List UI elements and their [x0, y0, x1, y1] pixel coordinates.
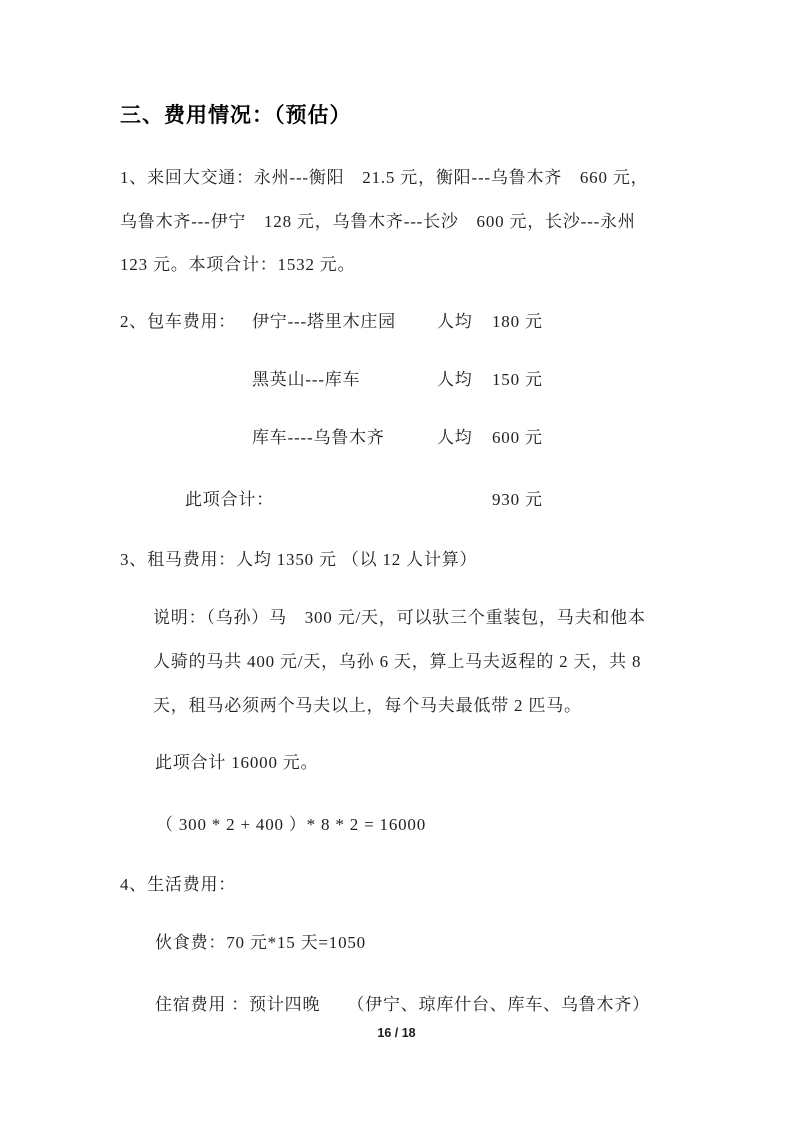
- charter-subtotal-label: 此项合计：: [185, 488, 274, 512]
- horse-note-line-2: 人骑的马共 400 元/天，乌孙 6 天，算上马夫返程的 2 天，共 8: [153, 650, 641, 674]
- charter-unit: 人均: [437, 426, 473, 450]
- charter-label: 2、包车费用：: [120, 310, 236, 334]
- charter-price: 150 元: [492, 368, 543, 392]
- charter-route: 黑英山---库车: [252, 368, 360, 392]
- transport-line-2: 乌鲁木齐---伊宁 128 元，乌鲁木齐---长沙 600 元，长沙---永州: [120, 210, 636, 234]
- living-food: 伙食费：70 元*15 天=1050: [155, 931, 366, 955]
- page-number: 16 / 18: [0, 1026, 793, 1040]
- charter-price: 180 元: [492, 310, 543, 334]
- charter-price: 600 元: [492, 426, 543, 450]
- charter-subtotal-row: 此项合计： 930 元: [0, 488, 793, 512]
- transport-line-1: 1、来回大交通：永州---衡阳 21.5 元，衡阳---乌鲁木齐 660 元，: [120, 166, 648, 190]
- horse-note-line-1: 说明：（乌孙）马 300 元/天，可以驮三个重装包，马夫和他本: [153, 606, 646, 630]
- charter-unit: 人均: [437, 368, 473, 392]
- charter-subtotal-value: 930 元: [492, 488, 543, 512]
- horse-formula: （ 300 * 2 + 400 ）* 8 * 2 = 16000: [156, 813, 426, 837]
- charter-row: 2、包车费用： 伊宁---塔里木庄园 人均 180 元: [0, 310, 793, 334]
- charter-route: 库车----乌鲁木齐: [252, 426, 385, 450]
- section-heading: 三、费用情况：（预估）: [120, 99, 352, 129]
- charter-route: 伊宁---塔里木庄园: [252, 310, 396, 334]
- horse-note-line-3: 天，租马必须两个马夫以上，每个马夫最低带 2 匹马。: [153, 694, 582, 718]
- charter-row: 黑英山---库车 人均 150 元: [0, 368, 793, 392]
- horse-subtotal: 此项合计 16000 元。: [155, 751, 318, 775]
- horse-rental-title: 3、租马费用：人均 1350 元 （以 12 人计算）: [120, 548, 477, 572]
- living-lodging: 住宿费用 ：预计四晚 （伊宁、琼库什台、库车、乌鲁木齐）: [155, 993, 650, 1017]
- living-title: 4、生活费用：: [120, 873, 236, 897]
- document-page: 三、费用情况：（预估） 1、来回大交通：永州---衡阳 21.5 元，衡阳---…: [0, 0, 793, 1121]
- charter-row: 库车----乌鲁木齐 人均 600 元: [0, 426, 793, 450]
- transport-line-3: 123 元。本项合计：1532 元。: [120, 253, 355, 277]
- charter-unit: 人均: [437, 310, 473, 334]
